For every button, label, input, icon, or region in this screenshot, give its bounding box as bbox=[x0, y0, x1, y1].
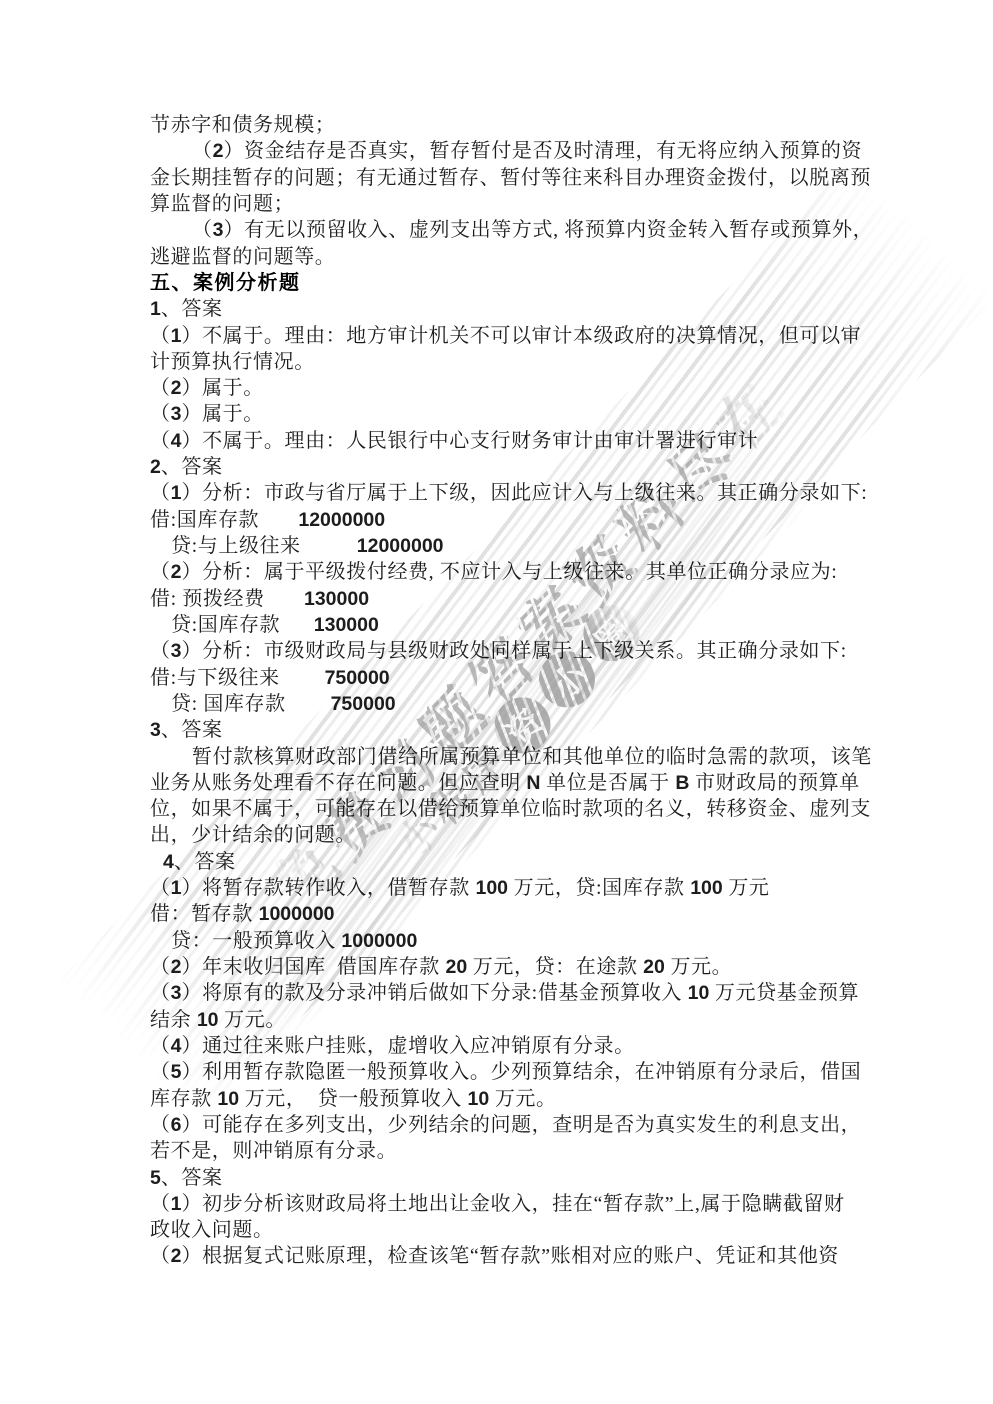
numeric-text: 130000 bbox=[314, 614, 379, 636]
text-line: （5）利用暂存款隐匿一般预算收入。少列预算结余，在冲销原有分录后，借国 bbox=[150, 1059, 866, 1085]
numeric-text: 2 bbox=[150, 456, 161, 478]
numeric-text: 6 bbox=[171, 1114, 182, 1136]
numeric-text: 1 bbox=[171, 325, 182, 347]
numeric-text: 100 bbox=[475, 877, 508, 899]
text-line: 贷: 国库存款 750000 bbox=[150, 691, 866, 717]
text-line: 借:与下级往来 750000 bbox=[150, 665, 866, 691]
numeric-text: 100 bbox=[690, 877, 723, 899]
text-line: （2）分析：属于平级拨付经费, 不应计入与上级往来。其单位正确分录应为: bbox=[150, 559, 866, 585]
text-line: 1、答案 bbox=[150, 296, 866, 322]
text-line: 若不是，则冲销原有分录。 bbox=[150, 1138, 866, 1164]
numeric-text: B bbox=[675, 772, 689, 794]
text-line: 业务从账务处理看不存在问题。但应查明 N 单位是否属于 B 市财政局的预算单 bbox=[150, 770, 866, 796]
text-line: 逃避监督的问题等。 bbox=[150, 244, 866, 270]
text-line: （1）初步分析该财政局将土地出让金收入，挂在“暂存款”上,属于隐瞒截留财 bbox=[150, 1191, 866, 1217]
text-line: 4、答案 bbox=[150, 849, 866, 875]
numeric-text: 1 bbox=[150, 298, 161, 320]
text-line: （1）不属于。理由：地方审计机关不可以审计本级政府的决算情况，但可以审 bbox=[150, 323, 866, 349]
numeric-text: 10 bbox=[197, 1009, 219, 1031]
document-body: 节赤字和债务规模；（2）资金结存是否真实，暂存暂付是否及时清理，有无将应纳入预算… bbox=[150, 112, 866, 1270]
text-line: 出，少计结余的问题。 bbox=[150, 822, 866, 848]
text-line: 借: 预拨经费 130000 bbox=[150, 586, 866, 612]
text-line: 5、答案 bbox=[150, 1165, 866, 1191]
numeric-text: 5 bbox=[171, 1061, 182, 1083]
numeric-text: 3 bbox=[171, 403, 182, 425]
numeric-text: 4 bbox=[171, 430, 182, 452]
numeric-text: 5 bbox=[150, 1167, 161, 1189]
text-line: 贷:与上级往来 12000000 bbox=[150, 533, 866, 559]
text-line: 贷:国库存款 130000 bbox=[150, 612, 866, 638]
numeric-text: 10 bbox=[217, 1088, 239, 1110]
numeric-text: 2 bbox=[171, 377, 182, 399]
text-line: 3、答案 bbox=[150, 717, 866, 743]
numeric-text: 10 bbox=[468, 1088, 490, 1110]
text-line: 政收入问题。 bbox=[150, 1217, 866, 1243]
text-line: 贷：一般预算收入 1000000 bbox=[150, 928, 866, 954]
numeric-text: 2 bbox=[171, 561, 182, 583]
numeric-text: 12000000 bbox=[357, 535, 444, 557]
text-line: （3）有无以预留收入、虚列支出等方式, 将预算内资金转入暂存或预算外， bbox=[150, 217, 866, 243]
numeric-text: 1 bbox=[171, 877, 182, 899]
text-line: （2）属于。 bbox=[150, 375, 866, 401]
text-line: 节赤字和债务规模； bbox=[150, 112, 866, 138]
document-page: 节赤字和债务规模；（2）资金结存是否真实，暂存暂付是否及时清理，有无将应纳入预算… bbox=[0, 0, 993, 1404]
text-line: （3）属于。 bbox=[150, 401, 866, 427]
text-line: （3）将原有的款及分录冲销后做如下分录:借基金预算收入 10 万元贷基金预算 bbox=[150, 980, 866, 1006]
numeric-text: 1000000 bbox=[341, 930, 417, 952]
text-line: （4）不属于。理由：人民银行中心支行财务审计由审计署进行审计 bbox=[150, 428, 866, 454]
text-line: （1）分析：市政与省厅属于上下级，因此应计入与上级往来。其正确分录如下: bbox=[150, 480, 866, 506]
numeric-text: 2 bbox=[171, 956, 182, 978]
text-line: （2）资金结存是否真实，暂存暂付是否及时清理，有无将应纳入预算的资 bbox=[150, 138, 866, 164]
text-line: 计预算执行情况。 bbox=[150, 349, 866, 375]
text-line: 算监督的问题； bbox=[150, 191, 866, 217]
text-line: 库存款 10 万元， 贷一般预算收入 10 万元。 bbox=[150, 1086, 866, 1112]
numeric-text: 3 bbox=[150, 719, 161, 741]
text-line: （2）年末收归国库 借国库存款 20 万元，贷：在途款 20 万元。 bbox=[150, 954, 866, 980]
text-line: （3）分析：市级财政局与县级财政处同样属于上下级关系。其正确分录如下: bbox=[150, 638, 866, 664]
text-line: 金长期挂暂存的问题；有无通过暂存、暂付等往来科目办理资金拨付，以脱离预 bbox=[150, 165, 866, 191]
text-line: （1）将暂存款转作收入，借暂存款 100 万元，贷:国库存款 100 万元 bbox=[150, 875, 866, 901]
numeric-text: 20 bbox=[643, 956, 665, 978]
numeric-text: 750000 bbox=[331, 693, 396, 715]
text-line: （6）可能存在多列支出，少列结余的问题，查明是否为真实发生的利息支出， bbox=[150, 1112, 866, 1138]
numeric-text: 2 bbox=[213, 140, 224, 162]
numeric-text: 4 bbox=[163, 851, 174, 873]
numeric-text: N bbox=[526, 772, 540, 794]
numeric-text: 3 bbox=[171, 982, 182, 1004]
text-line: 结余 10 万元。 bbox=[150, 1007, 866, 1033]
text-line: 暂付款核算财政部门借给所属预算单位和其他单位的临时急需的款项，该笔 bbox=[150, 744, 866, 770]
text-line: （4）通过往来账户挂账，虚增收入应冲销原有分录。 bbox=[150, 1033, 866, 1059]
numeric-text: 1 bbox=[171, 1193, 182, 1215]
section-heading: 五、案例分析题 bbox=[150, 270, 866, 296]
text-line: 借：暂存款 1000000 bbox=[150, 901, 866, 927]
numeric-text: 130000 bbox=[304, 588, 369, 610]
numeric-text: 1000000 bbox=[259, 903, 335, 925]
numeric-text: 1 bbox=[171, 482, 182, 504]
numeric-text: 3 bbox=[213, 219, 224, 241]
numeric-text: 3 bbox=[171, 640, 182, 662]
numeric-text: 2 bbox=[171, 1245, 182, 1267]
numeric-text: 10 bbox=[688, 982, 710, 1004]
text-line: （2）根据复式记账原理，检查该笔“暂存款”账相对应的账户、凭证和其他资 bbox=[150, 1243, 866, 1269]
text-line: 2、答案 bbox=[150, 454, 866, 480]
numeric-text: 750000 bbox=[325, 667, 390, 689]
numeric-text: 12000000 bbox=[298, 509, 385, 531]
numeric-text: 4 bbox=[171, 1035, 182, 1057]
text-line: 位，如果不属于，可能存在以借给预算单位临时款项的名义，转移资金、虚列支 bbox=[150, 796, 866, 822]
text-line: 借:国库存款 12000000 bbox=[150, 507, 866, 533]
numeric-text: 20 bbox=[445, 956, 467, 978]
